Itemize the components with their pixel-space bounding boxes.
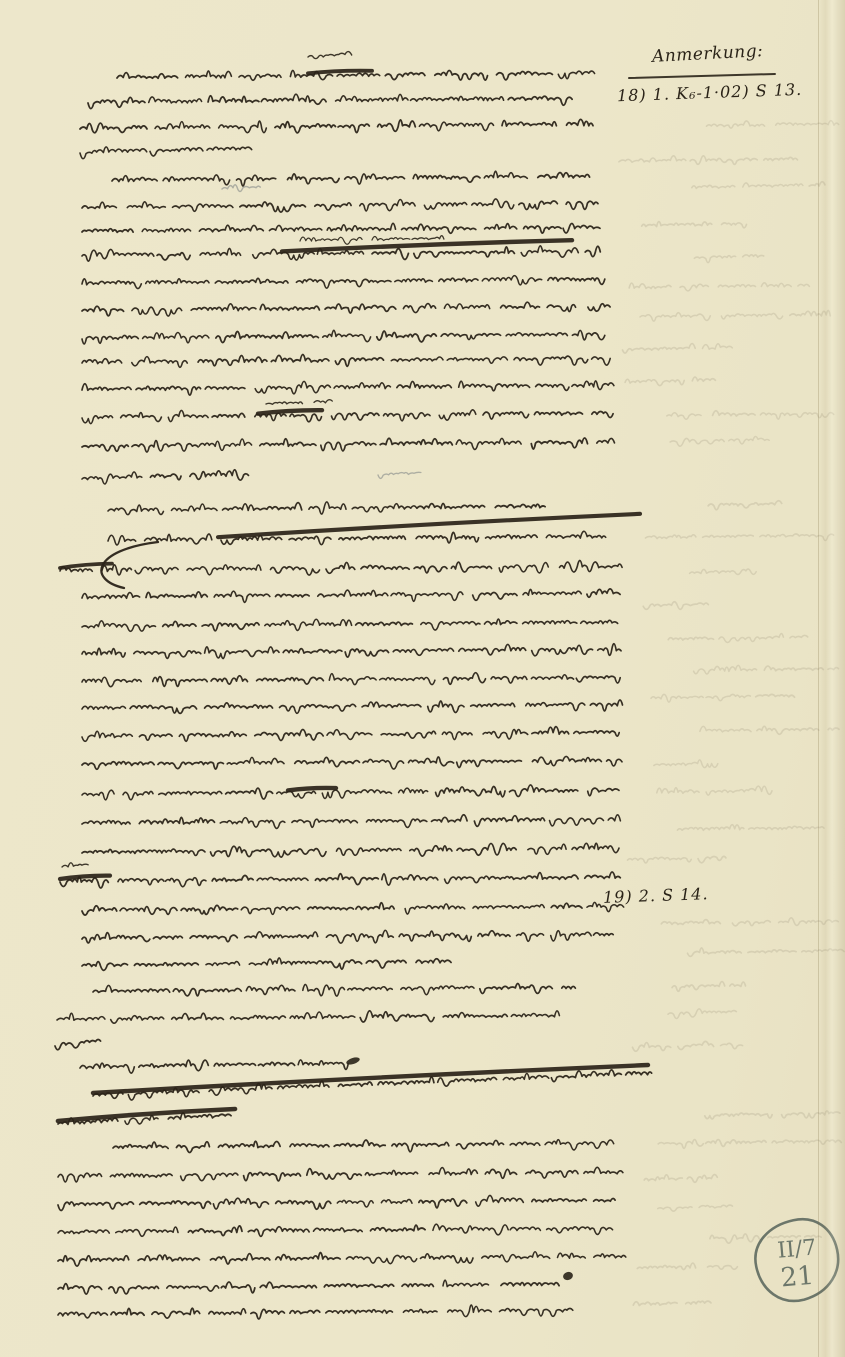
manuscript-page: Anmerkung: 18) 1. K₆-1·02) S 13. 19) 2. …	[0, 0, 845, 1357]
stamp-text-line1: II/7	[776, 1235, 817, 1263]
archive-stamp: II/7 21	[747, 1211, 845, 1313]
handwriting-layer	[0, 0, 845, 1357]
stamp-text-line2: 21	[780, 1261, 816, 1294]
margin-note-19: 19) 2. S 14.	[603, 884, 709, 907]
